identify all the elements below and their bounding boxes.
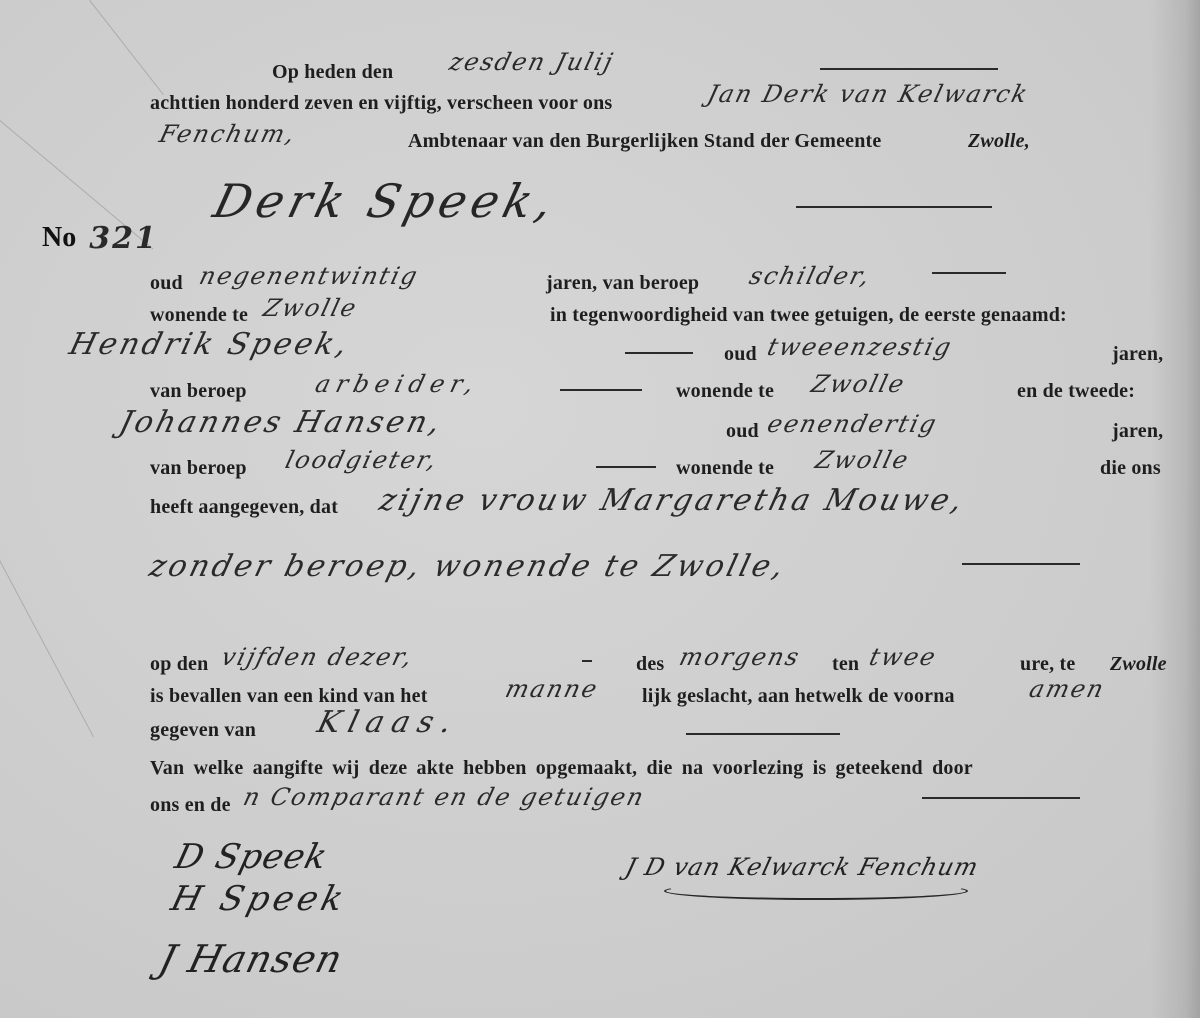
printed-text: wonende te — [676, 458, 774, 478]
printed-text: oud — [150, 273, 183, 293]
printed-text: en de tweede: — [1017, 381, 1135, 401]
handwritten-witness2-name: Johannes Hansen, — [116, 408, 445, 438]
handwritten-witness1-name: Hendrik Speek, — [66, 330, 353, 360]
printed-text: oud — [726, 421, 759, 441]
handwritten-witness2-residence: Zwolle — [813, 448, 912, 472]
handwritten-occupation: schilder, — [747, 264, 874, 288]
fill-rule — [962, 563, 1080, 565]
printed-text: Van welke aangifte wij deze akte hebben … — [150, 758, 973, 778]
signature-witness-2: J Hansen — [155, 940, 347, 978]
handwritten-declarant-name: Derk Speek, — [209, 178, 562, 224]
signature-official: J D van Kelwarck Fenchum — [623, 855, 981, 879]
printed-text: die ons — [1100, 458, 1161, 478]
signature-father: D Speek — [172, 840, 331, 874]
handwritten-mother-details: zonder beroep, wonende te Zwolle, — [146, 552, 789, 582]
handwritten-witness2-occupation: loodgieter, — [283, 448, 440, 472]
printed-text: jaren, — [1112, 344, 1163, 364]
printed-text: des — [636, 654, 664, 674]
handwritten-date: zesden Julij — [447, 50, 617, 74]
signature-flourish — [664, 882, 968, 900]
fill-rule — [922, 797, 1080, 799]
printed-text: achttien honderd zeven en vijftig, versc… — [150, 93, 612, 113]
fill-rule — [796, 206, 992, 208]
printed-place: Zwolle, — [968, 131, 1030, 151]
handwritten-age: negenentwintig — [197, 264, 421, 288]
printed-text: lijk geslacht, aan hetwelk de voorna — [642, 686, 955, 706]
handwritten-witness1-age: tweeenzestig — [765, 335, 955, 359]
handwritten-witness2-age: eenendertig — [765, 412, 940, 436]
printed-text: van beroep — [150, 458, 247, 478]
printed-text: wonende te — [676, 381, 774, 401]
printed-text: jaren, van beroep — [546, 273, 699, 293]
printed-text: heeft aangegeven, dat — [150, 497, 338, 517]
record-number-value: 321 — [89, 221, 158, 256]
handwritten-birth-date: vijfden dezer, — [219, 645, 416, 669]
fill-rule — [932, 272, 1006, 274]
printed-text: van beroep — [150, 381, 247, 401]
printed-text: ten — [832, 654, 859, 674]
fill-rule — [560, 389, 642, 391]
handwritten-hour: twee — [867, 645, 940, 669]
printed-text: Ambtenaar van den Burgerlijken Stand der… — [408, 131, 882, 151]
fill-rule — [596, 466, 656, 468]
handwritten-witness1-occupation: arbeider, — [313, 372, 482, 396]
record-number: No 321 — [42, 222, 152, 254]
handwritten-official-surname: Fenchum, — [157, 122, 299, 146]
record-number-label: No — [42, 222, 76, 253]
printed-text: oud — [724, 344, 757, 364]
printed-text: is bevallen van een kind van het — [150, 686, 428, 706]
handwritten-names-suffix: amen — [1027, 677, 1108, 701]
handwritten-residence: Zwolle — [261, 296, 360, 320]
printed-text: ure, te — [1020, 654, 1075, 674]
fill-rule — [686, 733, 840, 735]
handwritten-child-name: Klaas. — [314, 708, 462, 738]
handwritten-mother: zijne vrouw Margaretha Mouwe, — [376, 486, 968, 516]
printed-text: wonende te — [150, 305, 248, 325]
printed-text: jaren, — [1112, 421, 1163, 441]
printed-text: ons en de — [150, 795, 231, 815]
printed-text: gegeven van — [150, 720, 256, 740]
handwritten-official-name: Jan Derk van Kelwarck — [705, 82, 1032, 106]
handwritten-time-of-day: morgens — [677, 645, 803, 669]
handwritten-signers: n Comparant en de getuigen — [241, 785, 648, 809]
fill-rule — [625, 352, 693, 354]
signature-witness-1: H Speek — [168, 882, 351, 916]
printed-place: Zwolle — [1110, 654, 1167, 674]
fill-rule — [582, 660, 592, 662]
handwritten-sex: manne — [503, 677, 601, 701]
printed-text: op den — [150, 654, 208, 674]
fill-rule — [820, 68, 998, 70]
printed-text: Op heden den — [272, 62, 393, 82]
handwritten-witness1-residence: Zwolle — [809, 372, 908, 396]
printed-text: in tegenwoordigheid van twee getuigen, d… — [550, 305, 1067, 325]
